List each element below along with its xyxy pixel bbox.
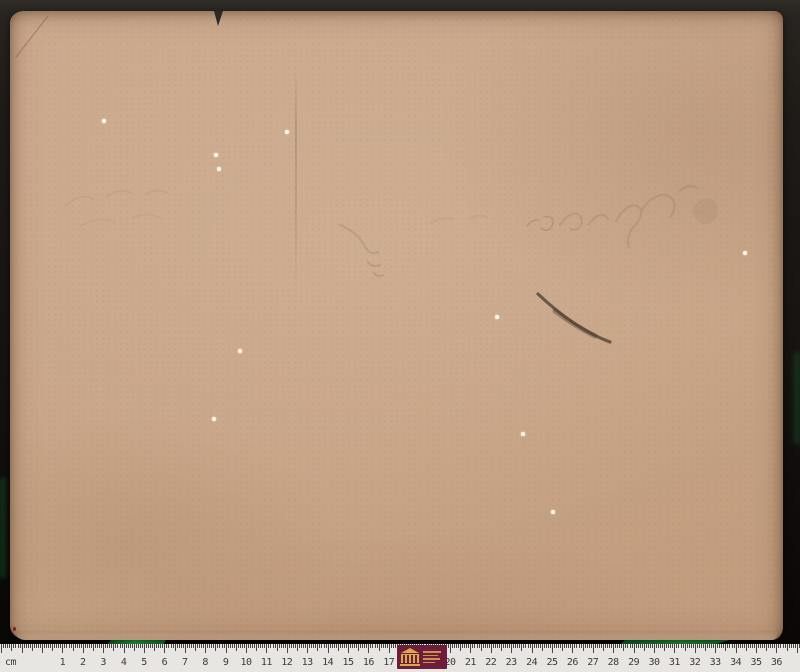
ruler-tick bbox=[466, 644, 467, 648]
ruler-tick bbox=[66, 644, 67, 648]
ruler-tick bbox=[266, 644, 267, 653]
ruler-tick bbox=[22, 644, 23, 653]
ruler-tick bbox=[754, 644, 755, 648]
ruler-tick bbox=[736, 644, 737, 653]
ruler-tick bbox=[452, 644, 453, 648]
ruler-tick bbox=[97, 644, 98, 648]
ruler-tick bbox=[738, 644, 739, 648]
ruler-tick bbox=[477, 644, 478, 648]
ruler-tick bbox=[695, 644, 696, 653]
ruler-tick bbox=[752, 644, 753, 648]
ruler-tick bbox=[366, 644, 367, 648]
ruler-tick bbox=[713, 644, 714, 648]
ruler-tick bbox=[3, 644, 4, 648]
ruler-tick bbox=[285, 644, 286, 648]
ruler-tick bbox=[613, 644, 614, 653]
ruler-tick bbox=[264, 644, 265, 648]
ruler-tick bbox=[636, 644, 637, 648]
ruler-number: 24 bbox=[526, 657, 537, 668]
ruler-tick bbox=[46, 644, 47, 648]
ruler-tick bbox=[185, 644, 186, 653]
ruler-tick bbox=[377, 644, 378, 648]
ruler-tick bbox=[273, 644, 274, 648]
ruler-tick bbox=[742, 644, 743, 648]
ruler-tick bbox=[240, 644, 241, 648]
ruler-tick bbox=[252, 644, 253, 648]
ruler-tick bbox=[768, 644, 769, 648]
ruler-tick bbox=[203, 644, 204, 648]
ruler-tick bbox=[107, 644, 108, 648]
ruler-tick bbox=[707, 644, 708, 648]
ruler-number: 15 bbox=[342, 657, 353, 668]
ruler-tick bbox=[309, 644, 310, 648]
ruler-tick bbox=[660, 644, 661, 648]
ruler-tick bbox=[732, 644, 733, 648]
ruler-tick bbox=[489, 644, 490, 648]
ruler-tick bbox=[162, 644, 163, 648]
ruler-tick bbox=[164, 644, 165, 653]
ruler-tick bbox=[250, 644, 251, 648]
ruler-tick bbox=[52, 644, 53, 651]
ruler-tick bbox=[511, 644, 512, 653]
ruler-number: 14 bbox=[322, 657, 333, 668]
ruler-tick bbox=[44, 644, 45, 648]
ruler-tick bbox=[370, 644, 371, 648]
ruler-tick bbox=[611, 644, 612, 648]
ruler-tick bbox=[54, 644, 55, 648]
ruler-tick bbox=[654, 644, 655, 653]
ruler-tick bbox=[552, 644, 553, 653]
ruler-tick bbox=[734, 644, 735, 648]
ruler-tick bbox=[599, 644, 600, 648]
ruler-tick bbox=[468, 644, 469, 648]
ruler-tick bbox=[687, 644, 688, 648]
ruler-tick bbox=[530, 644, 531, 648]
ruler-tick bbox=[576, 644, 577, 648]
ruler-tick bbox=[305, 644, 306, 648]
ruler-tick bbox=[513, 644, 514, 648]
ruler-tick bbox=[317, 644, 318, 651]
ruler-tick bbox=[168, 644, 169, 648]
ruler-tick bbox=[158, 644, 159, 648]
ruler-tick bbox=[644, 644, 645, 651]
ruler-tick bbox=[789, 644, 790, 648]
ruler-tick bbox=[205, 644, 206, 653]
ruler-tick bbox=[491, 644, 492, 653]
ruler-tick bbox=[201, 644, 202, 648]
ruler-tick bbox=[528, 644, 529, 648]
ruler-number: 35 bbox=[750, 657, 761, 668]
ruler-tick bbox=[521, 644, 522, 651]
ruler-tick bbox=[132, 644, 133, 648]
ruler-tick bbox=[111, 644, 112, 648]
ruler-tick bbox=[727, 644, 728, 648]
ruler-tick bbox=[778, 644, 779, 648]
ruler-tick bbox=[519, 644, 520, 648]
ruler-tick bbox=[617, 644, 618, 648]
ruler-tick bbox=[652, 644, 653, 648]
ruler-tick bbox=[332, 644, 333, 648]
ruler-tick bbox=[607, 644, 608, 648]
ruler-number: 34 bbox=[730, 657, 741, 668]
ruler-tick bbox=[95, 644, 96, 648]
pencil-scribble bbox=[430, 216, 487, 223]
ruler-tick bbox=[676, 644, 677, 648]
ruler-tick bbox=[493, 644, 494, 648]
ruler-tick bbox=[546, 644, 547, 648]
ruler-tick bbox=[387, 644, 388, 648]
ruler-tick bbox=[605, 644, 606, 648]
ruler-tick bbox=[154, 644, 155, 651]
ruler-tick bbox=[258, 644, 259, 648]
ruler-tick bbox=[360, 644, 361, 648]
ruler-tick bbox=[719, 644, 720, 648]
ruler-tick bbox=[503, 644, 504, 648]
pencil-smudge bbox=[692, 198, 718, 224]
ruler-tick bbox=[454, 644, 455, 648]
ruler-tick bbox=[364, 644, 365, 648]
ruler-tick bbox=[625, 644, 626, 648]
ruler-tick bbox=[126, 644, 127, 648]
ruler-tick bbox=[195, 644, 196, 651]
ruler-tick bbox=[207, 644, 208, 648]
ruler-tick bbox=[593, 644, 594, 653]
ruler-tick bbox=[597, 644, 598, 648]
ruler-tick bbox=[609, 644, 610, 648]
ruler-tick bbox=[589, 644, 590, 648]
ruler-tick bbox=[87, 644, 88, 648]
ruler-tick bbox=[487, 644, 488, 648]
ruler-number: 2 bbox=[80, 657, 86, 668]
ruler-tick bbox=[219, 644, 220, 648]
ruler-tick bbox=[744, 644, 745, 648]
ruler-tick bbox=[681, 644, 682, 648]
ruler-tick bbox=[536, 644, 537, 648]
ruler-tick bbox=[534, 644, 535, 648]
ruler-tick bbox=[246, 644, 247, 653]
ruler-tick bbox=[173, 644, 174, 648]
ruler-tick bbox=[562, 644, 563, 651]
ruler-tick bbox=[721, 644, 722, 648]
ruler-tick bbox=[785, 644, 786, 648]
ruler-tick bbox=[254, 644, 255, 648]
ruler-tick bbox=[293, 644, 294, 648]
ruler-tick bbox=[550, 644, 551, 648]
ruler-tick bbox=[517, 644, 518, 648]
ruler-tick bbox=[244, 644, 245, 648]
ruler-tick bbox=[356, 644, 357, 648]
ruler-tick bbox=[340, 644, 341, 648]
ruler-number: 9 bbox=[223, 657, 229, 668]
ruler-tick bbox=[574, 644, 575, 648]
ruler-tick bbox=[746, 644, 747, 651]
ruler-tick bbox=[693, 644, 694, 648]
ruler-tick bbox=[283, 644, 284, 648]
ruler-tick bbox=[321, 644, 322, 648]
ruler-number: 1 bbox=[60, 657, 66, 668]
ruler-number: 6 bbox=[162, 657, 168, 668]
ruler-tick bbox=[124, 644, 125, 653]
ruler-tick bbox=[230, 644, 231, 648]
ruler-tick bbox=[375, 644, 376, 648]
ruler-tick bbox=[109, 644, 110, 648]
ruler-tick bbox=[787, 644, 788, 651]
faint-marks-overlay bbox=[10, 11, 783, 640]
ruler-tick bbox=[603, 644, 604, 651]
ruler-tick bbox=[791, 644, 792, 648]
ruler-tick bbox=[142, 644, 143, 648]
ruler-tick bbox=[211, 644, 212, 648]
ruler-tick bbox=[760, 644, 761, 648]
ruler-tick bbox=[591, 644, 592, 648]
ruler-tick bbox=[585, 644, 586, 648]
ruler-number: 32 bbox=[689, 657, 700, 668]
ruler-tick bbox=[634, 644, 635, 653]
ruler-tick bbox=[120, 644, 121, 648]
ruler-tick bbox=[101, 644, 102, 648]
ruler-tick bbox=[348, 644, 349, 653]
ruler-tick bbox=[91, 644, 92, 648]
ruler-tick bbox=[38, 644, 39, 648]
ruler-tick bbox=[307, 644, 308, 653]
ruler-tick bbox=[224, 644, 225, 648]
ruler-tick bbox=[105, 644, 106, 648]
ruler-tick bbox=[762, 644, 763, 648]
ruler-tick bbox=[191, 644, 192, 648]
ruler-tick bbox=[197, 644, 198, 648]
ruler-tick bbox=[770, 644, 771, 648]
ruler-tick bbox=[564, 644, 565, 648]
ruler-tick bbox=[1, 644, 2, 653]
scanner-cloth-edge bbox=[791, 352, 800, 444]
ruler-tick bbox=[236, 644, 237, 651]
ruler-tick bbox=[226, 644, 227, 653]
ruler-tick bbox=[460, 644, 461, 651]
ruler-tick bbox=[189, 644, 190, 648]
ruler-tick bbox=[301, 644, 302, 648]
ruler-number: 16 bbox=[363, 657, 374, 668]
corner-fold-line bbox=[16, 16, 48, 57]
ruler-tick bbox=[319, 644, 320, 648]
ruler-tick bbox=[540, 644, 541, 648]
ruler-tick bbox=[103, 644, 104, 653]
ruler-number: 8 bbox=[202, 657, 208, 668]
ruler-tick bbox=[26, 644, 27, 648]
ruler-tick bbox=[32, 644, 33, 651]
ruler-tick bbox=[393, 644, 394, 648]
ruler-tick bbox=[326, 644, 327, 648]
ruler-tick bbox=[485, 644, 486, 648]
ruler-tick bbox=[144, 644, 145, 653]
ink-arc-mark bbox=[555, 311, 595, 336]
ruler-number: 10 bbox=[240, 657, 251, 668]
ruler-tick bbox=[568, 644, 569, 648]
ruler-tick bbox=[772, 644, 773, 648]
ruler-tick bbox=[344, 644, 345, 648]
archive-logo-stamp bbox=[397, 645, 447, 669]
ruler-tick bbox=[650, 644, 651, 648]
ruler-tick bbox=[115, 644, 116, 648]
stamp-text-lines bbox=[423, 651, 444, 663]
ruler-tick bbox=[678, 644, 679, 648]
ruler-unit-label: cm bbox=[5, 657, 16, 668]
ruler-tick bbox=[64, 644, 65, 648]
ruler-tick bbox=[587, 644, 588, 648]
ruler-tick bbox=[83, 644, 84, 653]
ruler-tick bbox=[11, 644, 12, 651]
ruler-tick bbox=[299, 644, 300, 648]
ruler-tick bbox=[5, 644, 6, 648]
ruler-tick bbox=[495, 644, 496, 648]
ruler-tick bbox=[328, 644, 329, 653]
ruler-tick bbox=[228, 644, 229, 648]
ruler-tick bbox=[683, 644, 684, 648]
ruler-tick bbox=[797, 644, 798, 653]
ruler-tick bbox=[60, 644, 61, 648]
ruler-tick bbox=[18, 644, 19, 648]
ruler-tick bbox=[295, 644, 296, 648]
ruler-tick bbox=[391, 644, 392, 648]
ruler-tick bbox=[315, 644, 316, 648]
ruler-tick bbox=[656, 644, 657, 648]
ruler-tick bbox=[56, 644, 57, 648]
ruler-number: 17 bbox=[383, 657, 394, 668]
ruler-tick bbox=[638, 644, 639, 648]
ruler-tick bbox=[69, 644, 70, 648]
ruler-tick bbox=[42, 644, 43, 653]
ruler-tick bbox=[30, 644, 31, 648]
ruler-tick bbox=[152, 644, 153, 648]
ruler-tick bbox=[379, 644, 380, 651]
ruler-tick bbox=[150, 644, 151, 648]
ruler-tick bbox=[621, 644, 622, 648]
ruler-tick bbox=[140, 644, 141, 648]
ruler-tick bbox=[75, 644, 76, 648]
ruler-tick bbox=[71, 644, 72, 648]
ruler-tick bbox=[171, 644, 172, 648]
ruler-tick bbox=[15, 644, 16, 648]
ruler-tick bbox=[146, 644, 147, 648]
ruler-tick bbox=[358, 644, 359, 651]
ruler-tick bbox=[766, 644, 767, 651]
ruler-tick bbox=[7, 644, 8, 648]
ruler-tick bbox=[783, 644, 784, 648]
ruler-tick bbox=[50, 644, 51, 648]
ink-arc-mark bbox=[538, 294, 610, 342]
ruler-tick bbox=[472, 644, 473, 648]
ruler-tick bbox=[213, 644, 214, 648]
ruler-tick bbox=[275, 644, 276, 648]
ruler-tick bbox=[179, 644, 180, 648]
ruler-tick bbox=[619, 644, 620, 648]
ruler-number: 31 bbox=[669, 657, 680, 668]
pencil-scribble bbox=[80, 214, 160, 226]
ruler-tick bbox=[646, 644, 647, 648]
ruler-tick bbox=[281, 644, 282, 648]
ruler-tick bbox=[525, 644, 526, 648]
ruler-tick bbox=[632, 644, 633, 648]
measurement-ruler: cm 1234567891011121314151617181920212223… bbox=[0, 644, 800, 672]
ruler-tick bbox=[515, 644, 516, 648]
ruler-tick bbox=[701, 644, 702, 648]
ruler-tick bbox=[40, 644, 41, 648]
ruler-tick bbox=[662, 644, 663, 648]
ruler-tick bbox=[715, 644, 716, 653]
ruler-tick bbox=[89, 644, 90, 648]
ruler-tick bbox=[703, 644, 704, 648]
ruler-tick bbox=[372, 644, 373, 648]
ruler-tick bbox=[20, 644, 21, 648]
ruler-number: 22 bbox=[485, 657, 496, 668]
ruler-tick bbox=[13, 644, 14, 648]
ruler-tick bbox=[354, 644, 355, 648]
ruler-tick bbox=[160, 644, 161, 648]
ruler-tick bbox=[748, 644, 749, 648]
ruler-number: 4 bbox=[121, 657, 127, 668]
ruler-tick bbox=[368, 644, 369, 653]
ruler-number: 5 bbox=[141, 657, 147, 668]
ruler-tick bbox=[342, 644, 343, 648]
ruler-tick bbox=[48, 644, 49, 648]
ruler-tick bbox=[289, 644, 290, 648]
ruler-tick bbox=[303, 644, 304, 648]
ruler-number: 23 bbox=[506, 657, 517, 668]
ruler-tick bbox=[336, 644, 337, 648]
ruler-number: 26 bbox=[567, 657, 578, 668]
ruler-tick bbox=[448, 644, 449, 648]
ruler-tick bbox=[130, 644, 131, 648]
ruler-tick bbox=[28, 644, 29, 648]
ruler-tick bbox=[538, 644, 539, 648]
ruler-tick bbox=[113, 644, 114, 651]
ruler-tick bbox=[58, 644, 59, 648]
ruler-tick bbox=[740, 644, 741, 648]
ruler-tick bbox=[548, 644, 549, 648]
ruler-tick bbox=[697, 644, 698, 648]
ruler-tick bbox=[560, 644, 561, 648]
ruler-tick bbox=[134, 644, 135, 651]
ruler-tick bbox=[136, 644, 137, 648]
ruler-number: 29 bbox=[628, 657, 639, 668]
ruler-tick bbox=[570, 644, 571, 648]
ruler-tick bbox=[793, 644, 794, 648]
ruler-tick bbox=[579, 644, 580, 648]
ruler-number: 28 bbox=[608, 657, 619, 668]
ruler-tick bbox=[450, 644, 451, 653]
ruler-tick bbox=[674, 644, 675, 653]
ruler-tick bbox=[499, 644, 500, 648]
ruler-tick bbox=[234, 644, 235, 648]
faint-handwriting bbox=[560, 186, 697, 247]
ruler-tick bbox=[595, 644, 596, 648]
ruler-tick bbox=[758, 644, 759, 648]
ruler-tick bbox=[764, 644, 765, 648]
ruler-tick bbox=[483, 644, 484, 648]
ruler-tick bbox=[334, 644, 335, 648]
ruler-tick bbox=[729, 644, 730, 648]
ruler-tick bbox=[630, 644, 631, 648]
ruler-number: 21 bbox=[465, 657, 476, 668]
building-icon bbox=[400, 648, 420, 666]
ruler-tick bbox=[648, 644, 649, 648]
ruler-tick bbox=[81, 644, 82, 648]
ruler-tick bbox=[497, 644, 498, 648]
ruler-tick bbox=[795, 644, 796, 648]
ruler-tick bbox=[268, 644, 269, 648]
ruler-tick bbox=[24, 644, 25, 648]
ruler-tick bbox=[672, 644, 673, 648]
ruler-tick bbox=[507, 644, 508, 648]
